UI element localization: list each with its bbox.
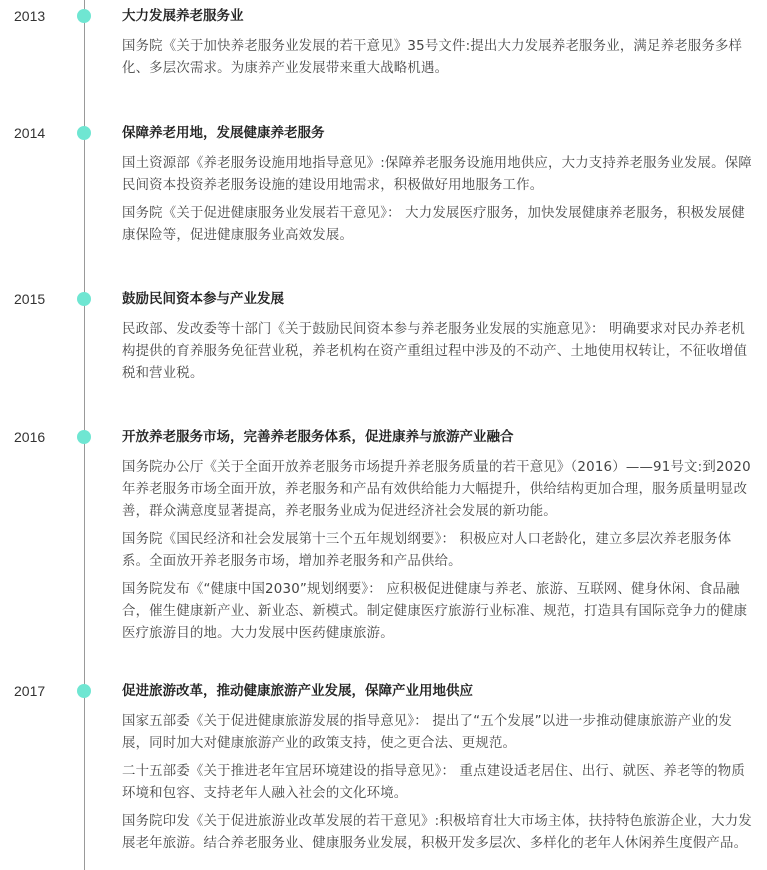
timeline-dot-icon [77, 684, 91, 698]
entry-content: 开放养老服务市场，完善养老服务体系，促进康养与旅游产业融合 国务院办公厅《关于全… [122, 427, 752, 651]
entry-paragraph: 国务院发布《“健康中国2030”规划纲要》： 应积极促进健康与养老、旅游、互联网… [122, 579, 752, 645]
entry-content: 大力发展养老服务业 国务院《关于加快养老服务业发展的若干意见》35号文件:提出大… [122, 6, 752, 86]
entry-paragraph: 二十五部委《关于推进老年宜居环境建设的指导意见》： 重点建设适老居住、出行、就医… [122, 761, 752, 805]
entry-heading: 促进旅游改革，推动健康旅游产业发展，保障产业用地供应 [122, 681, 752, 701]
entry-year: 2015 [14, 289, 45, 309]
entry-paragraph: 国务院办公厅《关于全面开放养老服务市场提升养老服务质量的若干意见》（2016）—… [122, 457, 752, 523]
entry-year: 2017 [14, 681, 45, 701]
entry-paragraph: 国务院印发《关于促进旅游业改革发展的若干意见》:积极培育壮大市场主体，扶持特色旅… [122, 811, 752, 855]
entry-content: 保障养老用地，发展健康养老服务 国土资源部《养老服务设施用地指导意见》:保障养老… [122, 123, 752, 253]
entry-paragraph: 国务院《关于加快养老服务业发展的若干意见》35号文件:提出大力发展养老服务业，满… [122, 36, 752, 80]
entry-heading: 保障养老用地，发展健康养老服务 [122, 123, 752, 143]
entry-paragraph: 国土资源部《养老服务设施用地指导意见》:保障养老服务设施用地供应，大力支持养老服… [122, 153, 752, 197]
entry-paragraph: 国务院《国民经济和社会发展第十三个五年规划纲要》： 积极应对人口老龄化，建立多层… [122, 529, 752, 573]
timeline-dot-icon [77, 9, 91, 23]
timeline-dot-icon [77, 126, 91, 140]
entry-paragraph: 国家五部委《关于促进健康旅游发展的指导意见》： 提出了“五个发展”以进一步推动健… [122, 711, 752, 755]
entry-year: 2013 [14, 6, 45, 26]
entry-year: 2016 [14, 427, 45, 447]
entry-content: 促进旅游改革，推动健康旅游产业发展，保障产业用地供应 国家五部委《关于促进健康旅… [122, 681, 752, 861]
timeline-dot-icon [77, 430, 91, 444]
entry-year: 2014 [14, 123, 45, 143]
entry-content: 鼓励民间资本参与产业发展 民政部、发改委等十部门《关于鼓励民间资本参与养老服务业… [122, 289, 752, 391]
timeline-dot-icon [77, 292, 91, 306]
entry-paragraph: 国务院《关于促进健康服务业发展若干意见》： 大力发展医疗服务，加快发展健康养老服… [122, 203, 752, 247]
entry-heading: 大力发展养老服务业 [122, 6, 752, 26]
entry-heading: 鼓励民间资本参与产业发展 [122, 289, 752, 309]
entry-heading: 开放养老服务市场，完善养老服务体系，促进康养与旅游产业融合 [122, 427, 752, 447]
policy-timeline: 2013 大力发展养老服务业 国务院《关于加快养老服务业发展的若干意见》35号文… [0, 0, 767, 870]
entry-paragraph: 民政部、发改委等十部门《关于鼓励民间资本参与养老服务业发展的实施意见》： 明确要… [122, 319, 752, 385]
